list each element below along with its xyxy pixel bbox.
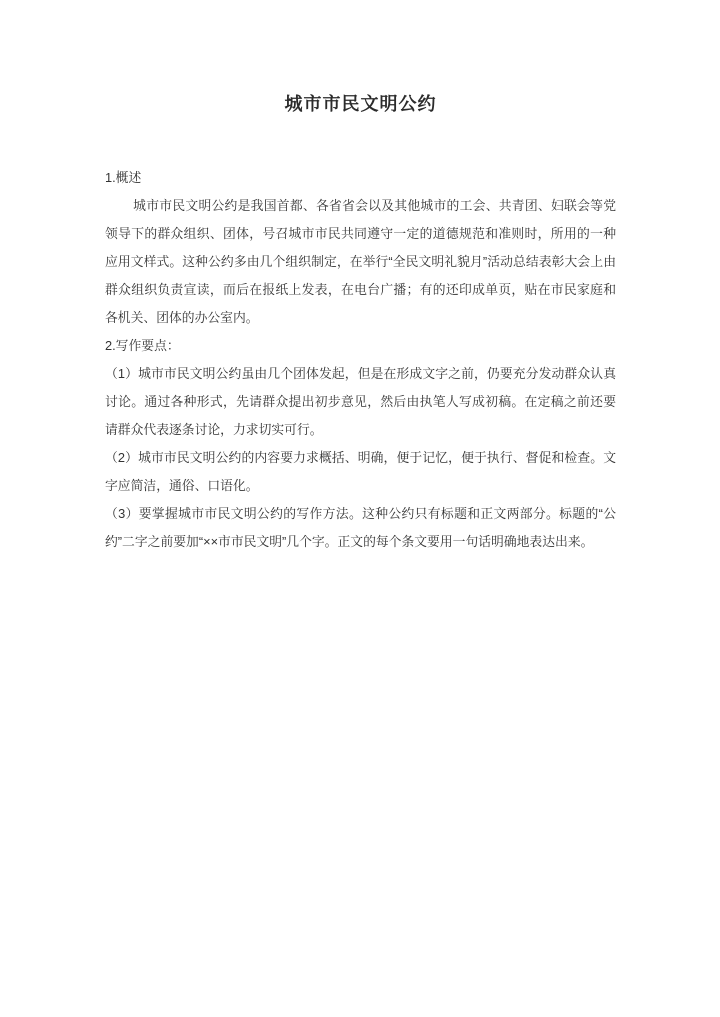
- writing-points-section-heading: 2.写作要点：: [105, 332, 616, 360]
- document-title: 城市市民文明公约: [105, 90, 616, 118]
- writing-point-2: （2）城市市民文明公约的内容要力求概括、明确，便于记忆，便于执行、督促和检查。文…: [105, 444, 616, 500]
- writing-point-3: （3）要掌握城市市民文明公约的写作方法。这种公约只有标题和正文两部分。标题的“公…: [105, 500, 616, 556]
- document-page: 城市市民文明公约 1.概述 城市市民文明公约是我国首都、各省省会以及其他城市的工…: [0, 0, 720, 1017]
- writing-point-1: （1）城市市民文明公约虽由几个团体发起，但是在形成文字之前，仍要充分发动群众认真…: [105, 360, 616, 444]
- document-body: 1.概述 城市市民文明公约是我国首都、各省省会以及其他城市的工会、共青团、妇联会…: [105, 164, 616, 556]
- overview-section-heading: 1.概述: [105, 164, 616, 192]
- overview-paragraph: 城市市民文明公约是我国首都、各省省会以及其他城市的工会、共青团、妇联会等党领导下…: [105, 192, 616, 332]
